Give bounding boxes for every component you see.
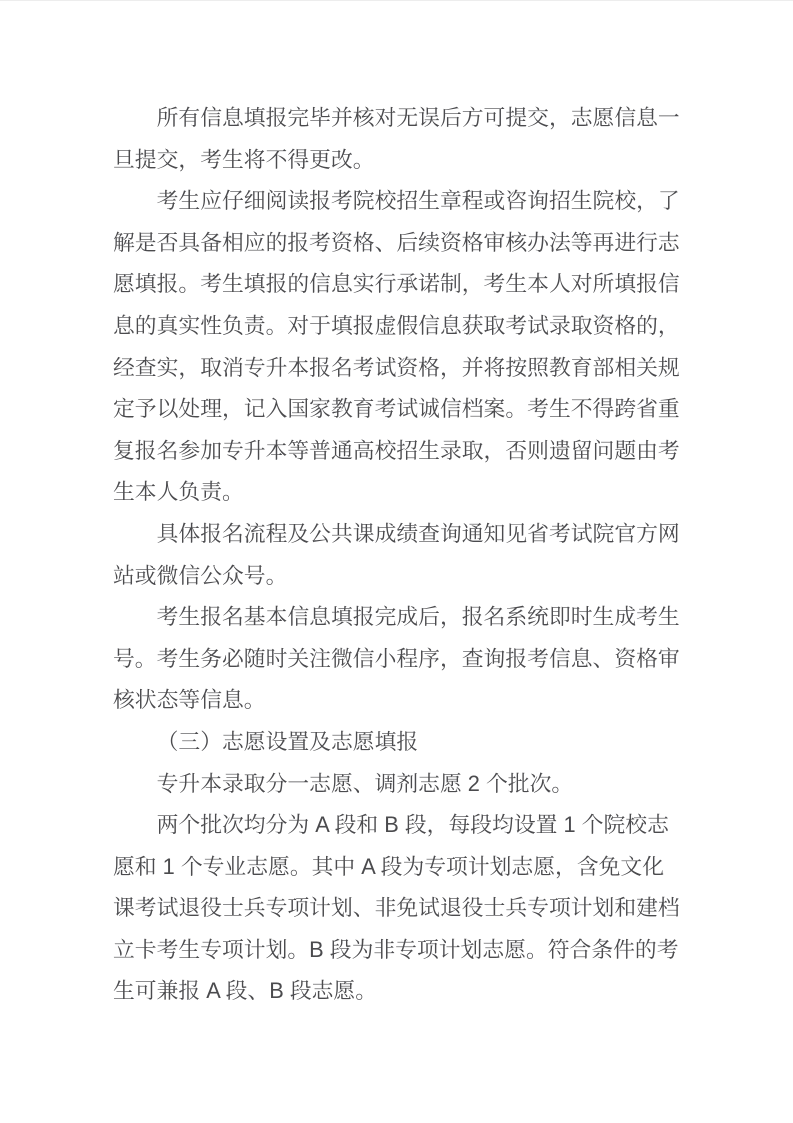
section-heading-volunteer-setup: （三）志愿设置及志愿填报: [113, 721, 681, 763]
paragraph-submit-notice: 所有信息填报完毕并核对无误后方可提交，志愿信息一旦提交，考生将不得更改。: [113, 97, 681, 180]
paragraph-candidate-number: 考生报名基本信息填报完成后，报名系统即时生成考生号。考生务必随时关注微信小程序，…: [113, 596, 681, 721]
paragraph-query-channel: 具体报名流程及公共课成绩查询通知见省考试院官方网站或微信公众号。: [113, 513, 681, 596]
document-page: 所有信息填报完毕并核对无误后方可提交，志愿信息一旦提交，考生将不得更改。 考生应…: [0, 0, 793, 1123]
paragraph-admission-batches: 专升本录取分一志愿、调剂志愿 2 个批次。: [113, 763, 681, 805]
paragraph-segment-details: 两个批次均分为 A 段和 B 段，每段均设置 1 个院校志愿和 1 个专业志愿。…: [113, 804, 681, 1012]
paragraph-eligibility-notice: 考生应仔细阅读报考院校招生章程或咨询招生院校，了解是否具备相应的报考资格、后续资…: [113, 180, 681, 513]
document-body-text: 所有信息填报完毕并核对无误后方可提交，志愿信息一旦提交，考生将不得更改。 考生应…: [113, 97, 681, 1012]
